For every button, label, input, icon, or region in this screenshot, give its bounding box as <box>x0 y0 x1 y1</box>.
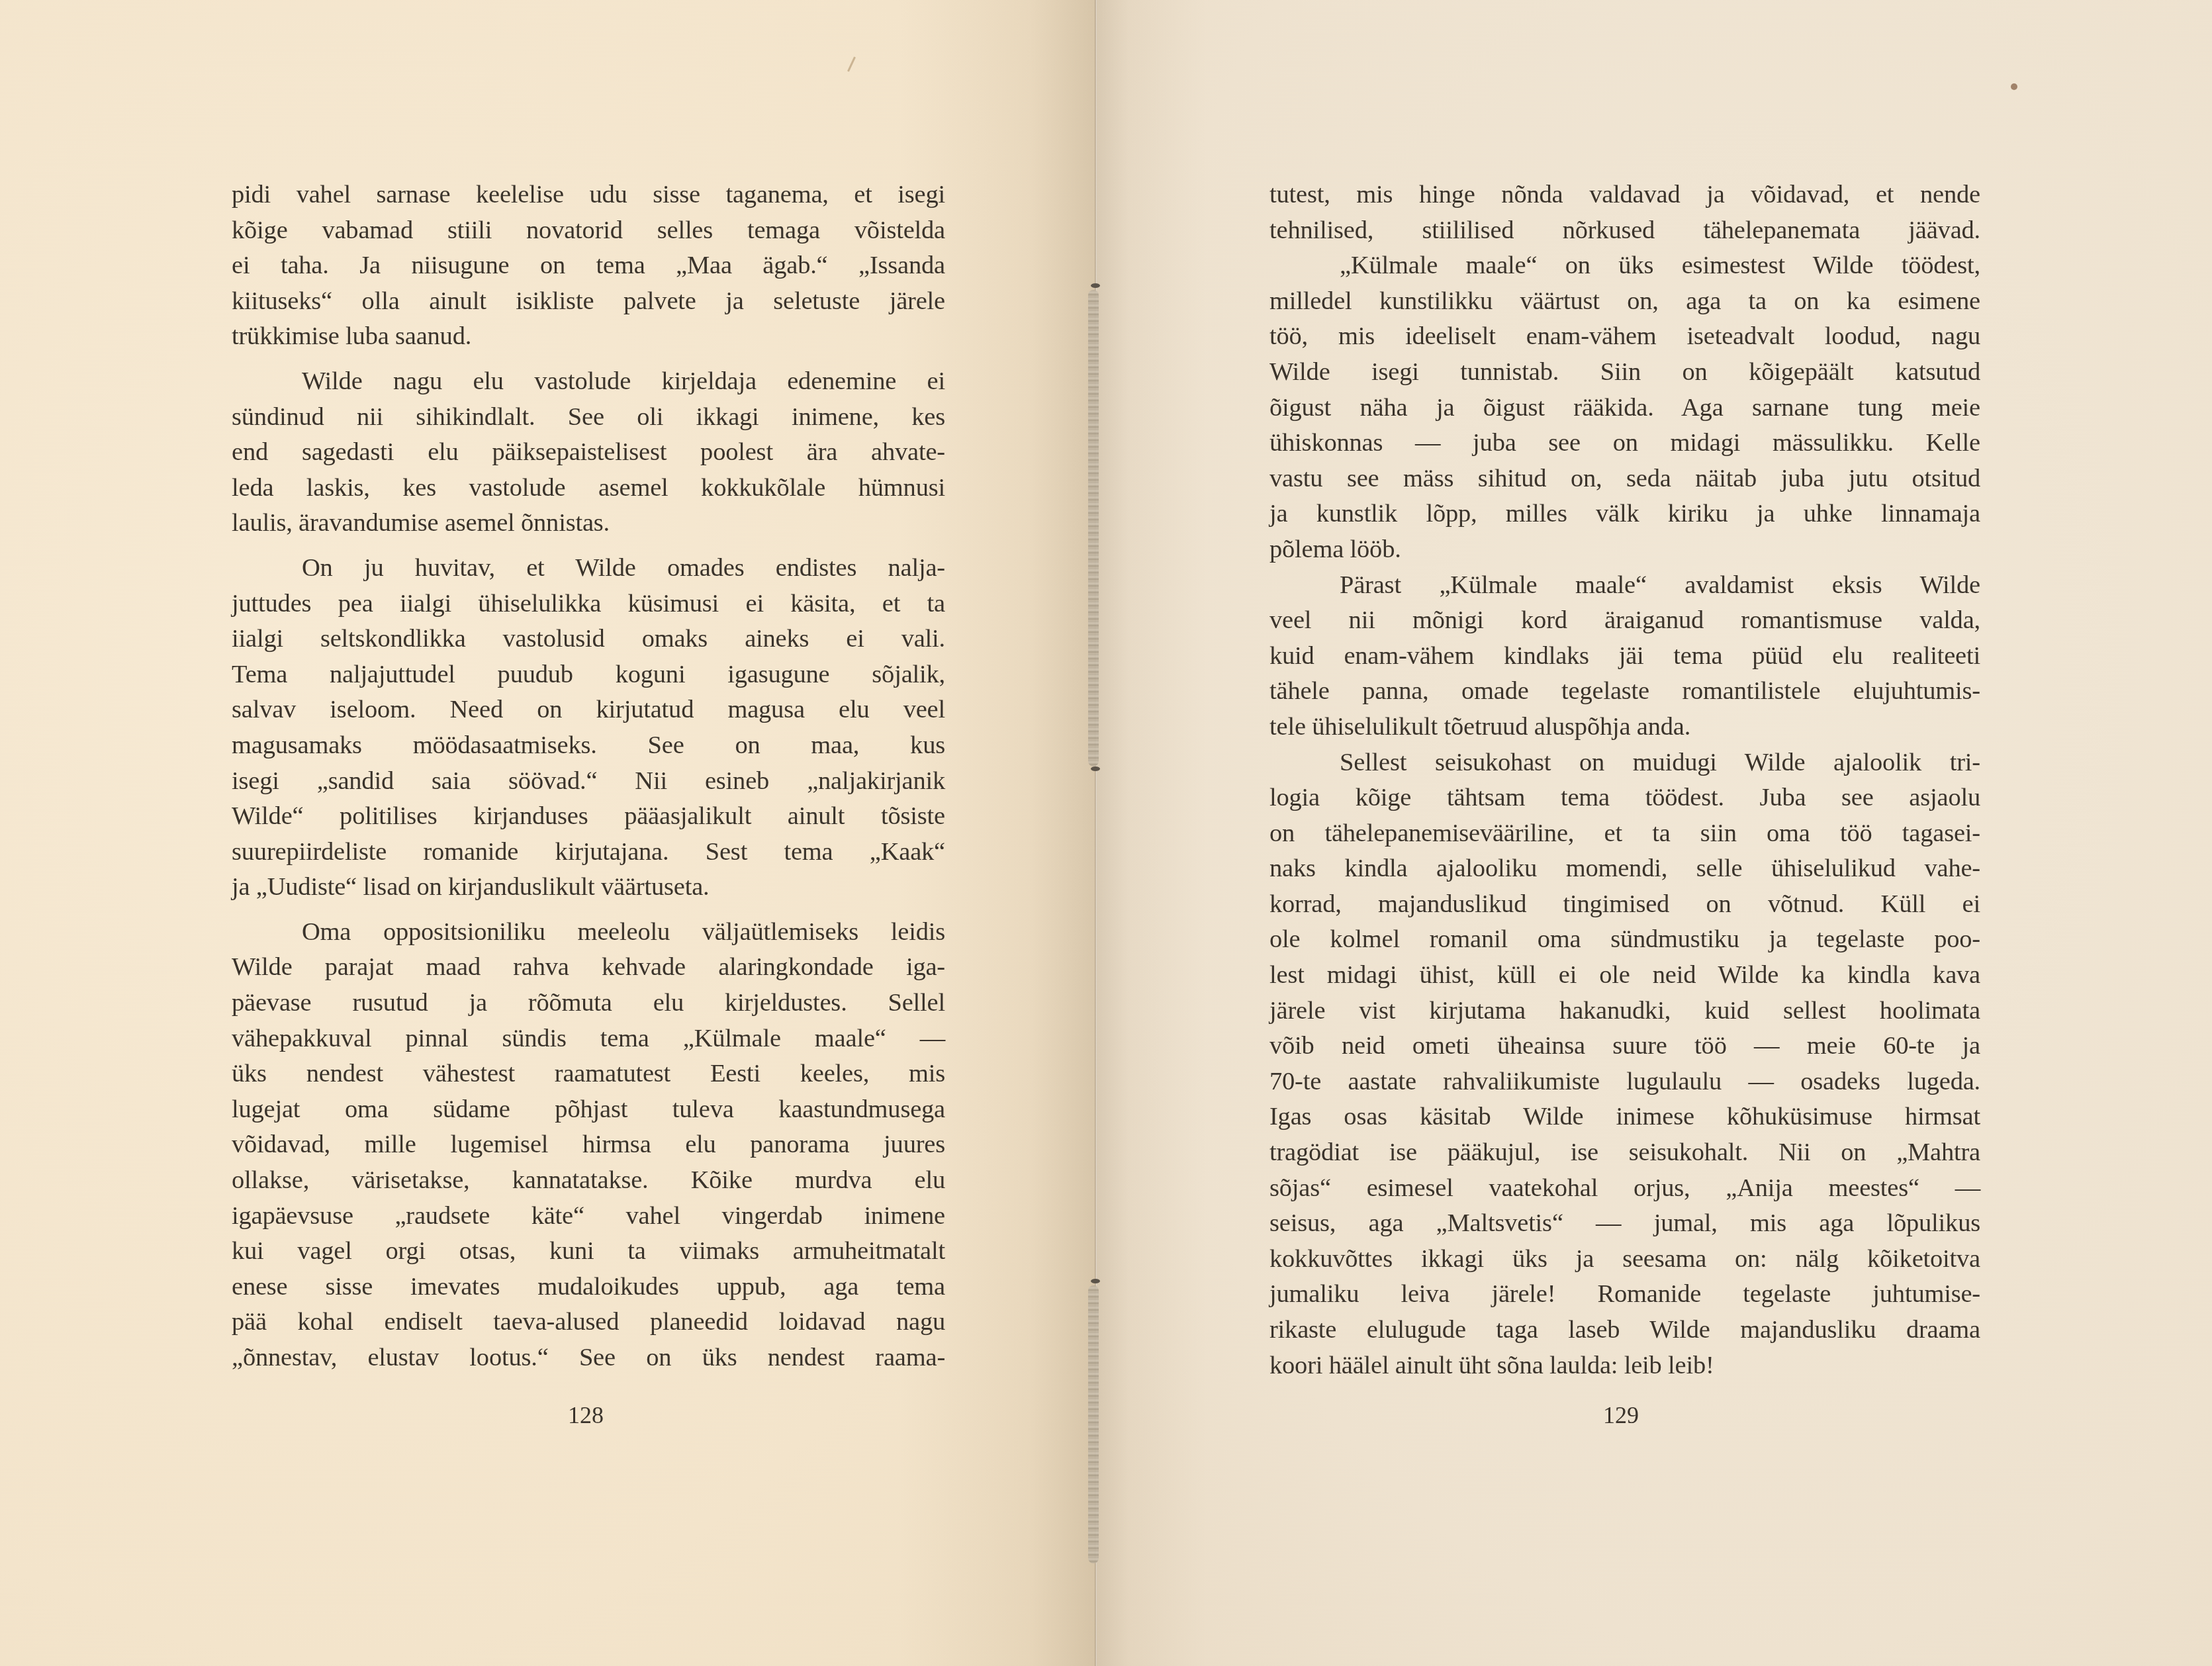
text-line: tele ühiselulikult tõetruud aluspõhja an… <box>1269 710 1980 745</box>
text-line: sündinud nii sihikindlalt. See oli ikkag… <box>232 400 945 436</box>
text-line: tutest, mis hinge nõnda valdavad ja võid… <box>1269 177 1980 213</box>
text-line: üks nendest vähestest raamatutest Eesti … <box>232 1056 945 1092</box>
binding-stitch-middle <box>1091 766 1100 771</box>
page-number-left: 128 <box>520 1401 652 1429</box>
left-page: pidi vahel sarnase keelelise udu sisse t… <box>0 0 1095 1666</box>
text-line: on tähelepanemisevääriline, et ta siin o… <box>1269 816 1980 852</box>
text-line: ei taha. Ja niisugune on tema „Maa ägab.… <box>232 248 945 284</box>
text-line: 70-te aastate rahvaliikumiste lugulaulu … <box>1269 1064 1980 1100</box>
paragraph-gap <box>232 905 945 915</box>
text-line: igapäevsuse „raudsete käte“ vahel vinger… <box>232 1199 945 1234</box>
text-line: lest midagi ühist, küll ei ole neid Wild… <box>1269 958 1980 994</box>
text-line: Wilde isegi tunnistab. Siin on kõigepääl… <box>1269 355 1980 391</box>
text-line: päevase rusutud ja rõõmuta elu kirjeldus… <box>232 986 945 1021</box>
text-line: Wilde nagu elu vastolude kirjeldaja eden… <box>232 364 945 400</box>
text-line: põlema lööb. <box>1269 532 1980 568</box>
text-line: logia kõige tähtsam tema töödest. Juba s… <box>1269 780 1980 816</box>
text-line: suurepiirdeliste romanide kirjutajana. S… <box>232 835 945 870</box>
text-line: enese sisse imevates mudaloikudes uppub,… <box>232 1270 945 1305</box>
text-line: tragödiat ise pääkujul, ise seisukohalt.… <box>1269 1135 1980 1171</box>
text-line: ühiskonnas — juba see on midagi mässulik… <box>1269 426 1980 461</box>
text-line: end sagedasti elu päiksepaistelisest poo… <box>232 435 945 471</box>
text-line: iialgi seltskondlikka vastolusid omaks a… <box>232 622 945 657</box>
text-line: ollakse, värisetakse, kannatatakse. Kõik… <box>232 1163 945 1199</box>
text-line: töö, mis ideeliselt enam-vähem iseteadva… <box>1269 319 1980 355</box>
text-line: vastu see mäss sihitud on, seda näitab j… <box>1269 461 1980 497</box>
text-line: õigust näha ja õigust rääkida. Aga sarna… <box>1269 391 1980 426</box>
text-line: naks kindla ajalooliku momendi, selle üh… <box>1269 851 1980 887</box>
text-line: jumaliku leiva järele! Romanide tegelast… <box>1269 1277 1980 1313</box>
text-line: veel nii mõnigi kord äraiganud romantism… <box>1269 603 1980 639</box>
text-line: pää kohal endiselt taeva-alused planeedi… <box>232 1305 945 1340</box>
binding-thread-upper <box>1088 290 1099 766</box>
text-line: pidi vahel sarnase keelelise udu sisse t… <box>232 177 945 213</box>
text-line: lugejat oma südame põhjast tuleva kaastu… <box>232 1092 945 1128</box>
text-line: võib neid ometi üheainsa suure töö — mei… <box>1269 1029 1980 1064</box>
text-line: tehnilised, stiililised nõrkused tähelep… <box>1269 213 1980 249</box>
text-line: „Külmale maale“ on üks esimestest Wilde … <box>1269 248 1980 284</box>
text-line: Oma oppositsioniliku meeleolu väljaütlem… <box>232 915 945 950</box>
text-line: Sellest seisukohast on muidugi Wilde aja… <box>1269 745 1980 781</box>
text-line: koori häälel ainult üht sõna laulda: lei… <box>1269 1348 1980 1384</box>
text-line: Pärast „Külmale maale“ avaldamist eksis … <box>1269 568 1980 604</box>
left-page-body-text: pidi vahel sarnase keelelise udu sisse t… <box>232 177 945 1376</box>
text-line: Wilde“ politilises kirjanduses pääasjali… <box>232 799 945 835</box>
text-line: ja „Uudiste“ lisad on kirjanduslikult vä… <box>232 870 945 905</box>
text-line: salvav iseloom. Need on kirjutatud magus… <box>232 692 945 728</box>
binding-stitch-lower <box>1091 1279 1100 1283</box>
text-line: Wilde parajat maad rahva kehvade alaring… <box>232 950 945 986</box>
text-line: ole kolmel romanil oma sündmustiku ja te… <box>1269 922 1980 958</box>
ink-spot <box>2011 83 2017 90</box>
text-line: Igas osas käsitab Wilde inimese kõhuküsi… <box>1269 1099 1980 1135</box>
text-line: rikaste elulugude taga laseb Wilde majan… <box>1269 1313 1980 1348</box>
text-line: sõjas“ esimesel vaatekohal orjus, „Anija… <box>1269 1171 1980 1207</box>
text-line: kiituseks“ olla ainult isikliste palvete… <box>232 284 945 320</box>
paragraph-gap <box>232 355 945 364</box>
text-line: On ju huvitav, et Wilde omades endistes … <box>232 551 945 586</box>
right-page: tutest, mis hinge nõnda valdavad ja võid… <box>1095 0 2212 1666</box>
text-line: leda laskis, kes vastolude asemel kokkuk… <box>232 471 945 506</box>
binding-stitch-top <box>1091 283 1100 288</box>
text-line: kui vagel orgi otsas, kuni ta viimaks ar… <box>232 1234 945 1270</box>
text-line: järele vist kirjutama hakanudki, kuid se… <box>1269 994 1980 1029</box>
right-page-body-text: tutest, mis hinge nõnda valdavad ja võid… <box>1269 177 1980 1383</box>
page-number-right: 129 <box>1555 1401 1687 1429</box>
text-line: seisus, aga „Maltsvetis“ — jumal, mis ag… <box>1269 1206 1980 1242</box>
text-line: võidavad, mille lugemisel hirmsa elu pan… <box>232 1127 945 1163</box>
paragraph-gap <box>232 541 945 551</box>
binding-thread-lower <box>1088 1285 1099 1563</box>
text-line: ja kunstlik lõpp, milles välk kiriku ja … <box>1269 496 1980 532</box>
text-line: kõige vabamad stiili novatorid selles te… <box>232 213 945 249</box>
text-line: Tema naljajuttudel puudub koguni igasugu… <box>232 657 945 693</box>
text-line: juttudes pea iialgi ühiselulikka küsimus… <box>232 586 945 622</box>
text-line: laulis, äravandumise asemel õnnistas. <box>232 506 945 541</box>
text-line: milledel kunstilikku väärtust on, aga ta… <box>1269 284 1980 320</box>
text-line: kuid enam-vähem kindlaks jäi tema püüd e… <box>1269 639 1980 674</box>
text-line: korrad, majanduslikud tingimised on võtn… <box>1269 887 1980 923</box>
text-line: tähele panna, omade tegelaste romantilis… <box>1269 674 1980 710</box>
text-line: kokkuvõttes ikkagi üks ja seesama on: nä… <box>1269 1242 1980 1277</box>
pencil-mark <box>847 56 856 71</box>
text-line: trükkimise luba saanud. <box>232 319 945 355</box>
text-line: vähepakkuval pinnal sündis tema „Külmale… <box>232 1021 945 1057</box>
text-line: isegi „sandid saia söövad.“ Nii esineb „… <box>232 764 945 800</box>
book-spread: pidi vahel sarnase keelelise udu sisse t… <box>0 0 2212 1666</box>
text-line: „õnnestav, elustav lootus.“ See on üks n… <box>232 1340 945 1376</box>
text-line: magusamaks möödasaatmiseks. See on maa, … <box>232 728 945 764</box>
